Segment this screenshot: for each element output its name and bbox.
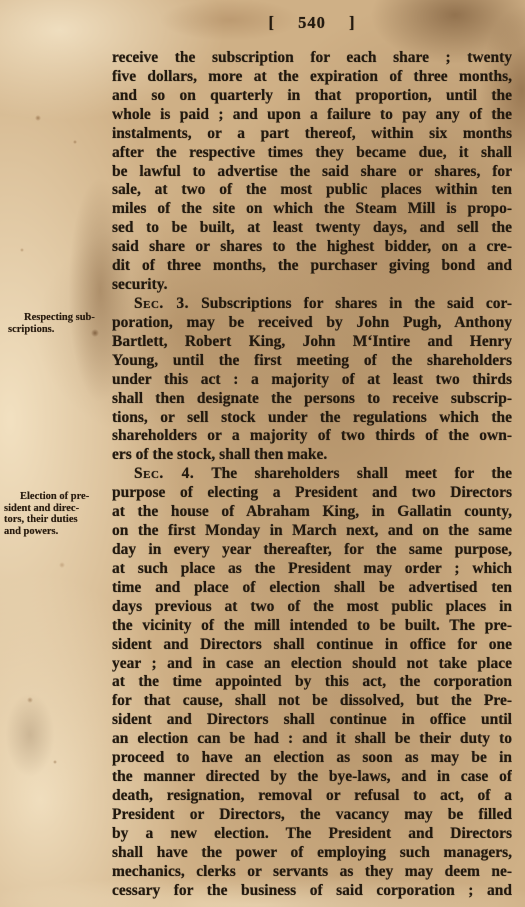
text-line: security. [112, 276, 512, 295]
text-line: shall have the power of employing such m… [112, 844, 512, 863]
text-line: at the house of Abraham King, in Gallati… [112, 503, 512, 522]
text-line: proceed to have an election as soon as m… [112, 749, 512, 768]
section-label: Sec. 3. [134, 295, 189, 312]
text-line: purpose of electing a President and two … [112, 484, 512, 503]
text-line: receive the subscription for each share … [112, 49, 512, 68]
text-line: sale, at two of the most public places w… [112, 181, 512, 200]
text-line: after the respective times they became d… [112, 144, 512, 163]
margin-note-subscriptions: Respecting sub-scriptions. [8, 312, 110, 335]
text-line: shareholders or a majority of two thirds… [112, 427, 512, 446]
margin-note-line: Election of pre- [4, 491, 118, 503]
text-line: miles of the site on which the Steam Mil… [112, 200, 512, 219]
book-page: [ 540 ] Respecting sub-scriptions. Elect… [0, 0, 525, 907]
text-line: said share or shares to the highest bidd… [112, 238, 512, 257]
text-line: President or Directors, the vacancy may … [112, 806, 512, 825]
statute-text: receive the subscription for each share … [112, 49, 512, 900]
text-line: the vicinity of the mill intended to be … [112, 617, 512, 636]
margin-note-election: Election of pre-sident and direc-tors, t… [4, 491, 118, 537]
text-line: under this act : a majority of at least … [112, 371, 512, 390]
text-line: time and place of election shall be adve… [112, 579, 512, 598]
margin-note-line: and powers. [4, 526, 118, 538]
text-line: Sec. 3. Subscriptions for shares in the … [112, 295, 512, 314]
text-line: tions, or sell stock under the regulatio… [112, 409, 512, 428]
text-line: be lawful to advertise the said share or… [112, 163, 512, 182]
text-line: cessary for the business of said corpora… [112, 882, 512, 901]
text-line: for that cause, shall not be dissolved, … [112, 692, 512, 711]
text-line: the manner directed by the bye-laws, and… [112, 768, 512, 787]
text-line: five dollars, more at the expiration of … [112, 68, 512, 87]
text-line: sident and Directors shall continue in o… [112, 636, 512, 655]
text-line: Bartlett, Robert King, John M‘Intire and… [112, 333, 512, 352]
text-line: at the time appointed by this act, the c… [112, 673, 512, 692]
text-line: Sec. 4. The shareholders shall meet for … [112, 465, 512, 484]
text-line: on the first Monday in March next, and o… [112, 522, 512, 541]
text-line: whole is paid ; and upon a failure to pa… [112, 106, 512, 125]
text-line: mechanics, clerks or servants as they ma… [112, 863, 512, 882]
text-line: shall then designate the persons to rece… [112, 390, 512, 409]
text-line: an election can be had : and it shall be… [112, 730, 512, 749]
text-line: instalments, or a part thereof, within s… [112, 125, 512, 144]
text-line: by a new election. The President and Dir… [112, 825, 512, 844]
margin-note-line: scriptions. [8, 324, 110, 336]
margin-note-line: sident and direc- [4, 503, 118, 515]
text-line: poration, may be received by John Pugh, … [112, 314, 512, 333]
text-line: sident and Directors shall continue in o… [112, 711, 512, 730]
text-line: sed to be built, at least twenty days, a… [112, 219, 512, 238]
text-line: dit of three months, the purchaser givin… [112, 257, 512, 276]
text-line: ers of the stock, shall then make. [112, 446, 512, 465]
text-line: days previous at two of the most public … [112, 598, 512, 617]
margin-note-line: Respecting sub- [8, 312, 110, 324]
text-line: year ; and in case an election should no… [112, 655, 512, 674]
text-line: day in every year thereafter, for the sa… [112, 541, 512, 560]
margin-note-line: tors, their duties [4, 514, 118, 526]
text-line: and so on quarterly in that proportion, … [112, 87, 512, 106]
text-line: Young, until the first meeting of the sh… [112, 352, 512, 371]
text-line: death, resignation, removal or refusal t… [112, 787, 512, 806]
text-line: at such place as the President may order… [112, 560, 512, 579]
section-label: Sec. 4. [134, 465, 194, 482]
page-number-header: [ 540 ] [112, 13, 512, 33]
